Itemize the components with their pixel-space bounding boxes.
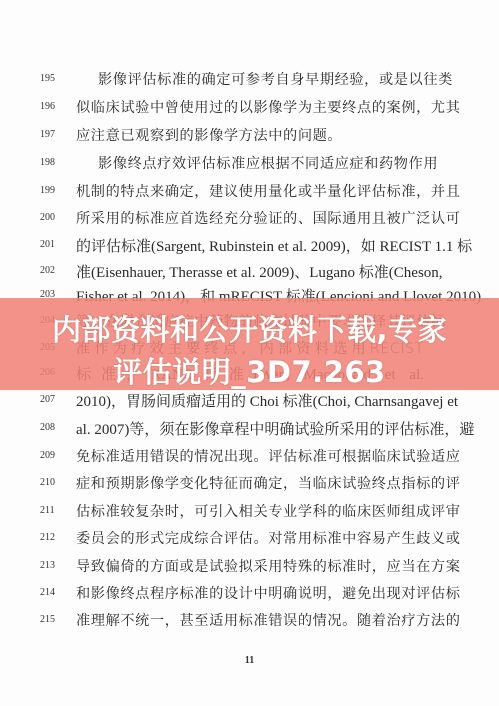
line-text: 准(Eisenhauer, Therasse et al. 2009)、Luga… <box>76 261 424 282</box>
line-text: 导致偏倚的方面或是试验拟采用特殊的标准时，应当在方案 <box>76 556 424 576</box>
text-line: 200 所采用的标准应首选经充分验证的、国际通用且被广泛认可 <box>0 207 499 231</box>
text-line: 209 免标准适用错误的情况出现。评估标准可根据临床试验适应 <box>0 445 499 469</box>
banner-title-line-2: 评估说明_3D7.263 <box>0 350 499 391</box>
overlay-banner: 内部资料和公开资料下载,专家 评估说明_3D7.263 <box>0 298 499 390</box>
text-line: 197 应注意已观察到的影像学方法中的问题。 <box>0 124 499 148</box>
line-text: 影像评估标准的确定可参考自身早期经验，或是以往类 <box>98 69 424 89</box>
line-number: 196 <box>40 101 70 112</box>
line-text: 和影像终点程序标准的设计中明确说明，避免出现对评估标 <box>76 583 424 603</box>
line-number: 215 <box>40 614 70 625</box>
line-text: 准理解不统一，甚至适用标准错误的情况。随着治疗方法的 <box>76 610 424 630</box>
text-line: 208 al. 2007)等，须在影像章程中明确试验所采用的评估标准，避 <box>0 417 499 441</box>
line-number: 210 <box>40 477 70 488</box>
line-number: 213 <box>40 560 70 571</box>
line-text: 估标准较复杂时，可引入相关专业学科的临床医师组成评审 <box>76 501 424 521</box>
line-text: 的评估标准(Sargent, Rubinstein et al. 2009)，如… <box>76 235 424 256</box>
banner-title-line-1: 内部资料和公开资料下载,专家 <box>0 308 499 349</box>
line-number: 202 <box>40 265 70 276</box>
text-line: 212 委员会的形式完成综合评估。对常用标准中容易产生歧义或 <box>0 527 499 551</box>
line-text: 影像终点疗效评估标准应根据不同适应症和药物作用 <box>98 153 424 173</box>
text-line: 215 准理解不统一，甚至适用标准错误的情况。随着治疗方法的 <box>0 609 499 633</box>
line-text: 所采用的标准应首选经充分验证的、国际通用且被广泛认可 <box>76 208 424 228</box>
line-number: 211 <box>40 505 70 516</box>
line-text: 免标准适用错误的情况出现。评估标准可根据临床试验适应 <box>76 446 424 466</box>
text-line: 198 影像终点疗效评估标准应根据不同适应症和药物作用 <box>0 152 499 176</box>
line-text: 2010)，胃肠间质瘤适用的 Choi 标准(Choi, Charnsangav… <box>76 390 424 411</box>
text-line: 201 的评估标准(Sargent, Rubinstein et al. 200… <box>0 234 499 258</box>
line-number: 195 <box>40 73 70 84</box>
line-text: 似临床试验中曾使用过的以影像学为主要终点的案例，尤其 <box>76 97 424 117</box>
line-number: 214 <box>40 587 70 598</box>
text-line: 213 导致偏倚的方面或是试验拟采用特殊的标准时，应当在方案 <box>0 555 499 579</box>
line-number: 209 <box>40 450 70 461</box>
line-number: 200 <box>40 212 70 223</box>
line-number: 201 <box>40 239 70 250</box>
text-line: 214 和影像终点程序标准的设计中明确说明，避免出现对评估标 <box>0 582 499 606</box>
line-number: 198 <box>40 157 70 168</box>
text-line: 202 准(Eisenhauer, Therasse et al. 2009)、… <box>0 260 499 284</box>
page-number: 11 <box>0 655 499 666</box>
text-line: 195 影像评估标准的确定可参考自身早期经验，或是以往类 <box>0 68 499 92</box>
line-number: 197 <box>40 129 70 140</box>
line-number: 212 <box>40 532 70 543</box>
line-text: 应注意已观察到的影像学方法中的问题。 <box>76 125 424 145</box>
text-line: 210 症和预期影像学变化特征而确定，当临床试验终点指标的评 <box>0 472 499 496</box>
line-number: 208 <box>40 422 70 433</box>
line-number: 207 <box>40 394 70 405</box>
line-number: 199 <box>40 185 70 196</box>
line-text: 委员会的形式完成综合评估。对常用标准中容易产生歧义或 <box>76 528 424 548</box>
text-line: 207 2010)，胃肠间质瘤适用的 Choi 标准(Choi, Charnsa… <box>0 389 499 413</box>
line-text: 机制的特点来确定，建议使用量化或半量化评估标准，并且 <box>76 181 424 201</box>
text-line: 199 机制的特点来确定，建议使用量化或半量化评估标准，并且 <box>0 180 499 204</box>
line-text: 症和预期影像学变化特征而确定，当临床试验终点指标的评 <box>76 473 424 493</box>
line-text: al. 2007)等，须在影像章程中明确试验所采用的评估标准，避 <box>76 418 424 439</box>
text-line: 196 似临床试验中曾使用过的以影像学为主要终点的案例，尤其 <box>0 96 499 120</box>
text-line: 211 估标准较复杂时，可引入相关专业学科的临床医师组成评审 <box>0 500 499 524</box>
